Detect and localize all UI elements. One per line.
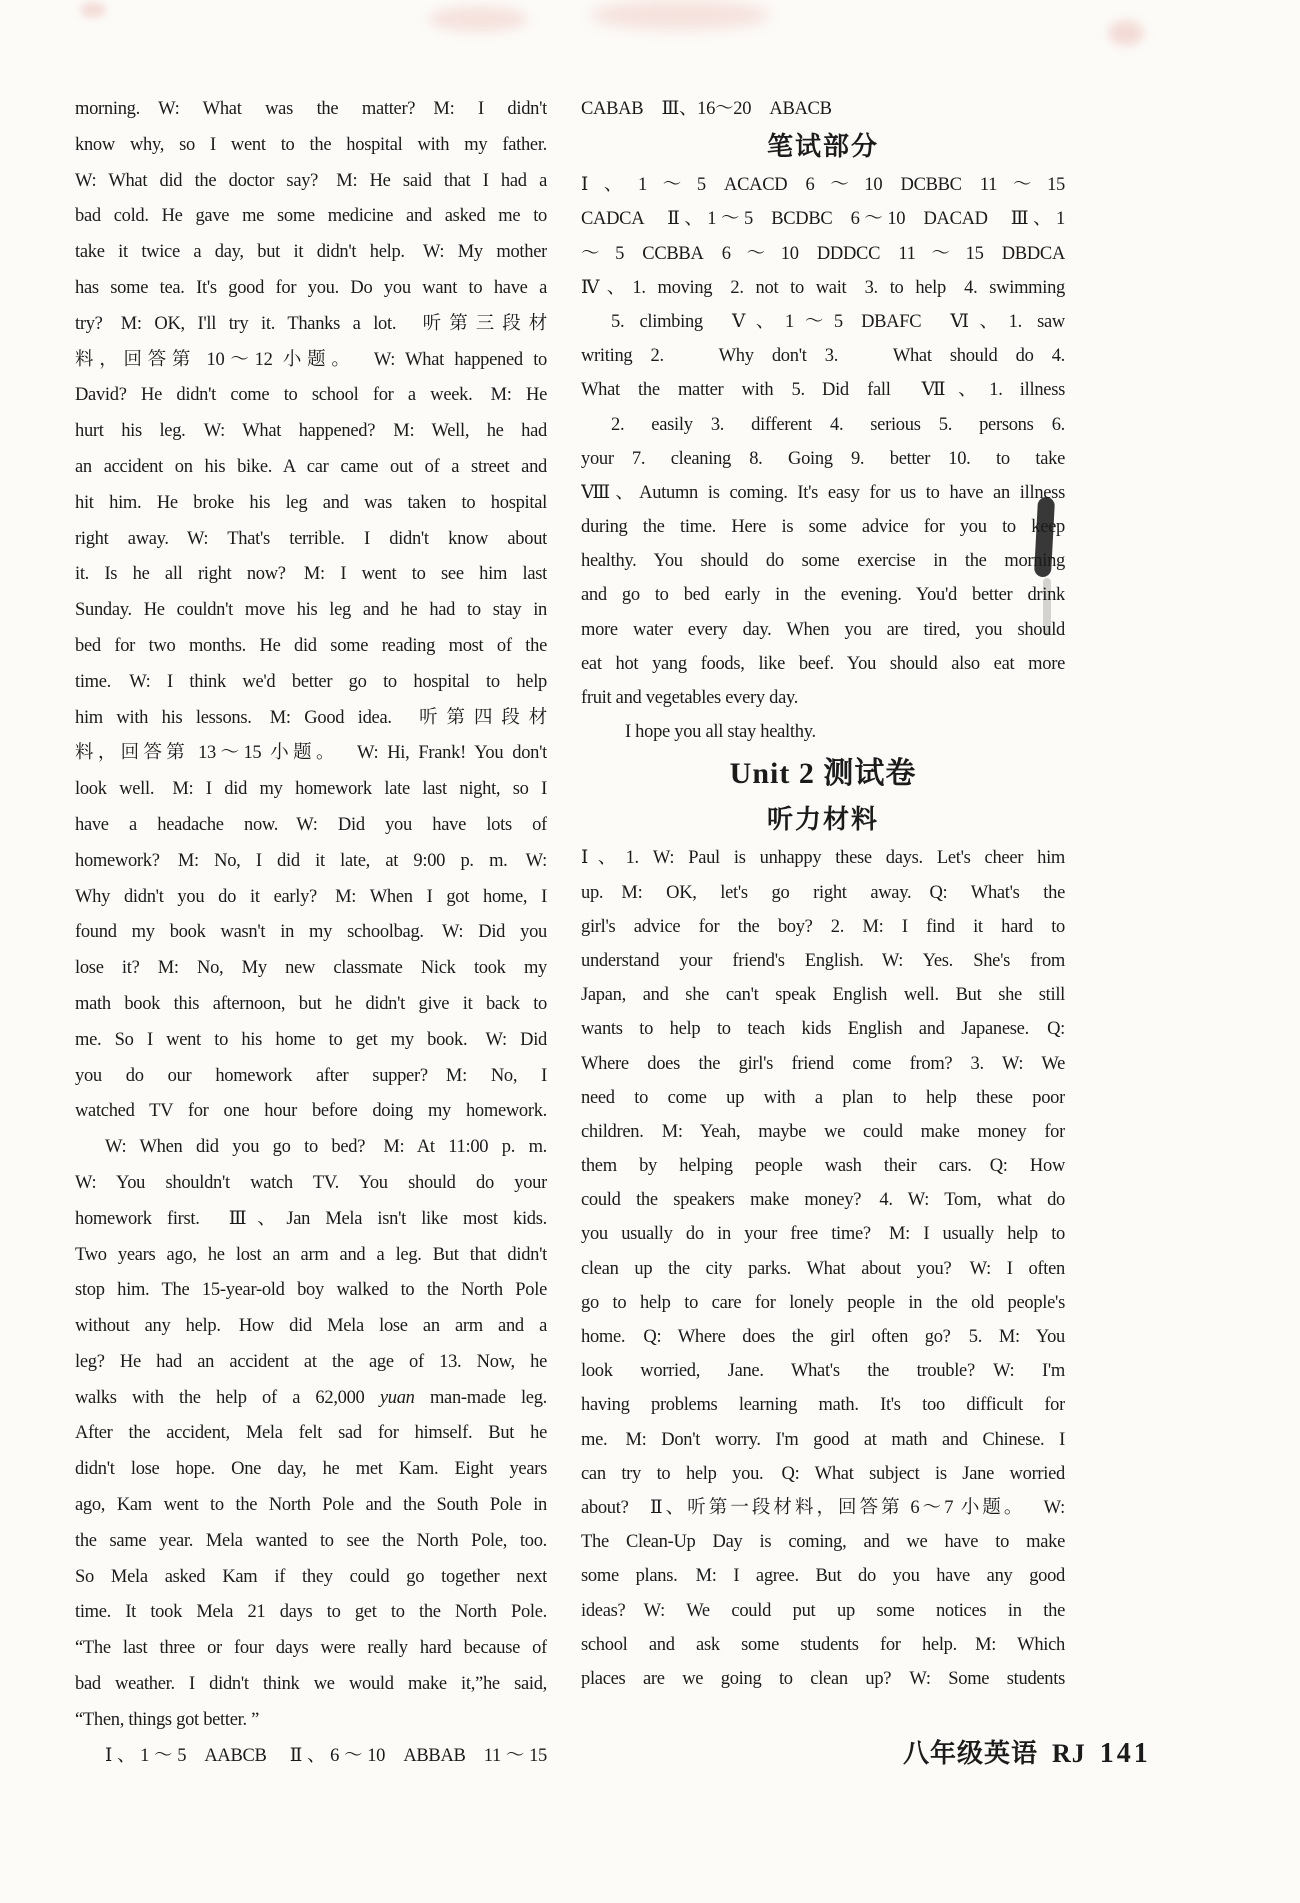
text-line: Ⅰ、1. W: Paul is unhappy these days. Let'… — [581, 841, 1065, 875]
text-line: you usually do in your free time? M: I u… — [581, 1217, 1065, 1251]
text-line: have a headache now. W: Did you have lot… — [75, 808, 547, 844]
scanned-page: morning. W: What was the matter? M: I di… — [0, 0, 1300, 1903]
text-line: “The last three or four days were really… — [75, 1631, 547, 1667]
text-line: them by helping people wash their cars. … — [581, 1149, 1065, 1183]
section-heading: 听力材料 — [581, 799, 1065, 841]
text-line: home. Q: Where does the girl often go? 5… — [581, 1320, 1065, 1354]
text-line: stop him. The 15-year-old boy walked to … — [75, 1273, 547, 1309]
text-line: fruit and vegetables every day. — [581, 681, 1065, 715]
text-line: some plans. M: I agree. But do you have … — [581, 1559, 1065, 1593]
text-line: me. So I went to his home to get my book… — [75, 1023, 547, 1059]
text-line: could the speakers make money? 4. W: Tom… — [581, 1183, 1065, 1217]
right-column: CABAB Ⅲ、16～20 ABACB笔试部分Ⅰ、1～5 ACACD 6～10 … — [581, 92, 1065, 1696]
text-line: found my book wasn't in my schoolbag. W:… — [75, 915, 547, 951]
text-line: look well. M: I did my homework late las… — [75, 772, 547, 808]
text-line: didn't lose hope. One day, he met Kam. E… — [75, 1452, 547, 1488]
text-line: 料，回答第 13～15 小题。 W: Hi, Frank! You don't — [75, 736, 547, 772]
footer-edition: RJ — [1052, 1739, 1086, 1769]
text-line: watched TV for one hour before doing my … — [75, 1094, 547, 1130]
text-line: need to come up with a plan to help thes… — [581, 1081, 1065, 1115]
text-line: Ⅰ、1～5 AABCB Ⅱ、6～10 ABBAB 11～15 — [75, 1739, 547, 1775]
text-line: bad weather. I didn't think we would mak… — [75, 1667, 547, 1703]
text-line: places are we going to clean up? W: Some… — [581, 1662, 1065, 1696]
text-line: know why, so I went to the hospital with… — [75, 128, 547, 164]
text-line: ideas? W: We could put up some notices i… — [581, 1594, 1065, 1628]
text-line: 2. easily 3. different 4. serious 5. per… — [581, 408, 1065, 442]
text-line: ～5 CCBBA 6～10 DDDCC 11～15 DBDCA — [581, 237, 1065, 271]
text-line: David? He didn't come to school for a we… — [75, 378, 547, 414]
text-line: you do our homework after supper? M: No,… — [75, 1059, 547, 1095]
text-line: What the matter with 5. Did fall Ⅶ、1. il… — [581, 373, 1065, 407]
text-line: without any help. How did Mela lose an a… — [75, 1309, 547, 1345]
text-line: healthy. You should do some exercise in … — [581, 544, 1065, 578]
text-line: during the time. Here is some advice for… — [581, 510, 1065, 544]
text-line: hit him. He broke his leg and was taken … — [75, 486, 547, 522]
text-line: W: What did the doctor say? M: He said t… — [75, 164, 547, 200]
text-line: bad cold. He gave me some medicine and a… — [75, 199, 547, 235]
text-line: W: You shouldn't watch TV. You should do… — [75, 1166, 547, 1202]
section-heading: 笔试部分 — [581, 126, 1065, 168]
text-line: lose it? M: No, My new classmate Nick to… — [75, 951, 547, 987]
text-line: go to help to care for lonely people in … — [581, 1286, 1065, 1320]
text-line: eat hot yang foods, like beef. You shoul… — [581, 647, 1065, 681]
text-line: up. M: OK, let's go right away. Q: What'… — [581, 876, 1065, 910]
text-line: Sunday. He couldn't move his leg and he … — [75, 593, 547, 629]
text-line: Two years ago, he lost an arm and a leg.… — [75, 1238, 547, 1274]
left-column: morning. W: What was the matter? M: I di… — [75, 92, 547, 1774]
text-line: Ⅰ、1～5 ACACD 6～10 DCBBC 11～15 — [581, 168, 1065, 202]
text-line: take it twice a day, but it didn't help.… — [75, 235, 547, 271]
text-line: Where does the girl's friend come from? … — [581, 1047, 1065, 1081]
text-line: time. W: I think we'd better go to hospi… — [75, 665, 547, 701]
text-line: your 7. cleaning 8. Going 9. better 10. … — [581, 442, 1065, 476]
text-line: After the accident, Mela felt sad for hi… — [75, 1416, 547, 1452]
text-line: Japan, and she can't speak English well.… — [581, 978, 1065, 1012]
text-line: “Then, things got better. ” — [75, 1703, 547, 1739]
text-line: ago, Kam went to the North Pole and the … — [75, 1488, 547, 1524]
text-line: has some tea. It's good for you. Do you … — [75, 271, 547, 307]
text-line: having problems learning math. It's too … — [581, 1388, 1065, 1422]
text-line: CADCA Ⅱ、1～5 BCDBC 6～10 DACAD Ⅲ、1 — [581, 202, 1065, 236]
text-line: him with his lessons. M: Good idea. 听第四段… — [75, 701, 547, 737]
text-line: about? Ⅱ、听第一段材料，回答第 6～7 小题。 W: — [581, 1491, 1065, 1525]
text-line: So Mela asked Kam if they could go toget… — [75, 1560, 547, 1596]
text-line: 料，回答第 10～12 小题。 W: What happened to — [75, 343, 547, 379]
text-line: me. M: Don't worry. I'm good at math and… — [581, 1423, 1065, 1457]
text-line: girl's advice for the boy? 2. M: I find … — [581, 910, 1065, 944]
text-line: the same year. Mela wanted to see the No… — [75, 1524, 547, 1560]
text-line: The Clean-Up Day is coming, and we have … — [581, 1525, 1065, 1559]
text-line: look worried, Jane. What's the trouble? … — [581, 1354, 1065, 1388]
text-line: homework? M: No, I did it late, at 9:00 … — [75, 844, 547, 880]
scan-artifact-pink — [1108, 20, 1144, 46]
text-line: school and ask some students for help. M… — [581, 1628, 1065, 1662]
text-line: 5. climbing Ⅴ、1～5 DBAFC Ⅵ、1. saw — [581, 305, 1065, 339]
text-line: hurt his leg. W: What happened? M: Well,… — [75, 414, 547, 450]
text-line: homework first. Ⅲ、Jan Mela isn't like mo… — [75, 1202, 547, 1238]
text-line: Ⅳ、1. moving 2. not to wait 3. to help 4.… — [581, 271, 1065, 305]
footer-page-number: 141 — [1100, 1738, 1151, 1770]
text-line: an accident on his bike. A car came out … — [75, 450, 547, 486]
text-line: CABAB Ⅲ、16～20 ABACB — [581, 92, 1065, 126]
footer-book-title: 八年级英语 — [903, 1733, 1038, 1770]
text-line: understand your friend's English. W: Yes… — [581, 944, 1065, 978]
text-line: bed for two months. He did some reading … — [75, 629, 547, 665]
section-heading: Unit 2 测试卷 — [581, 749, 1065, 799]
text-line: and go to bed early in the evening. You'… — [581, 578, 1065, 612]
text-line: morning. W: What was the matter? M: I di… — [75, 92, 547, 128]
scan-artifact-pink — [428, 6, 528, 32]
text-line: time. It took Mela 21 days to get to the… — [75, 1595, 547, 1631]
text-line: clean up the city parks. What about you?… — [581, 1252, 1065, 1286]
text-line: leg? He had an accident at the age of 13… — [75, 1345, 547, 1381]
text-line: children. M: Yeah, maybe we could make m… — [581, 1115, 1065, 1149]
text-line: can try to help you. Q: What subject is … — [581, 1457, 1065, 1491]
text-line: walks with the help of a 62,000 yuan man… — [75, 1381, 547, 1417]
text-line: Why didn't you do it early? M: When I go… — [75, 880, 547, 916]
text-line: wants to help to teach kids English and … — [581, 1012, 1065, 1046]
text-line: right away. W: That's terrible. I didn't… — [75, 522, 547, 558]
text-line: writing 2. Why don't 3. What should do 4… — [581, 339, 1065, 373]
text-line: I hope you all stay healthy. — [581, 715, 1065, 749]
text-line: it. Is he all right now? M: I went to se… — [75, 557, 547, 593]
text-line: try? M: OK, I'll try it. Thanks a lot. 听… — [75, 307, 547, 343]
text-line: math book this afternoon, but he didn't … — [75, 987, 547, 1023]
page-footer: 八年级英语RJ141 — [903, 1733, 1151, 1770]
scan-artifact-pink — [80, 2, 106, 18]
text-line: more water every day. When you are tired… — [581, 613, 1065, 647]
scan-artifact-pink — [590, 0, 770, 30]
text-line: W: When did you go to bed? M: At 11:00 p… — [75, 1130, 547, 1166]
text-line: Ⅷ、Autumn is coming. It's easy for us to … — [581, 476, 1065, 510]
